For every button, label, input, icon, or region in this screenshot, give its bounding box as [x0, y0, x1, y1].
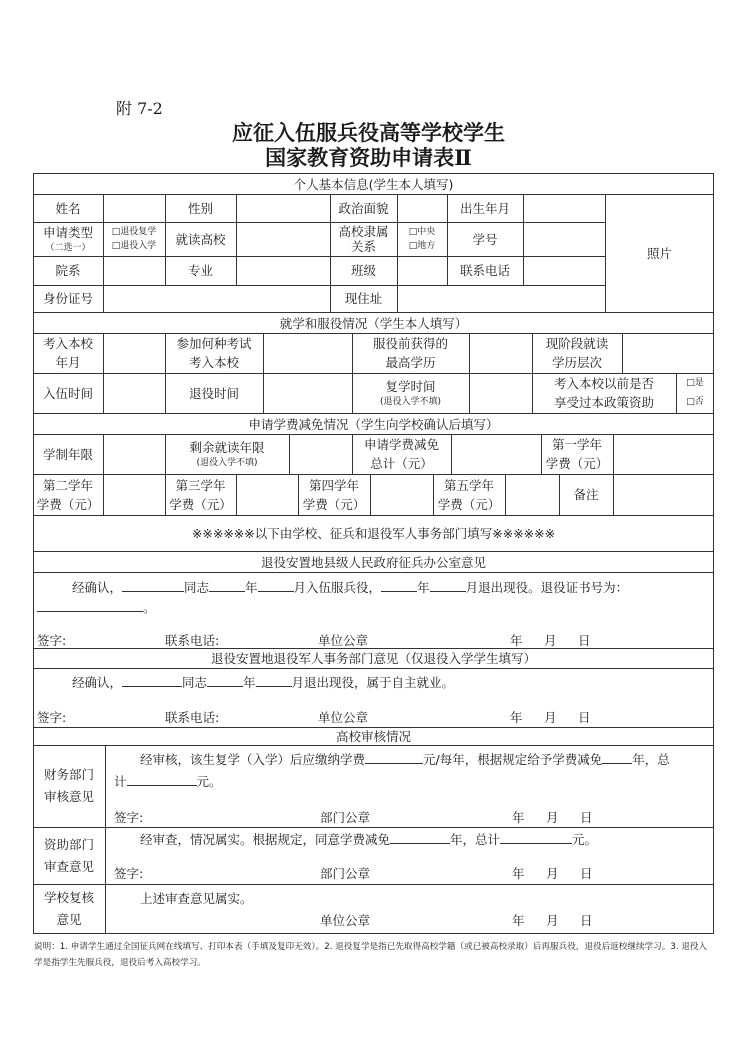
input-student-id[interactable] — [523, 222, 605, 256]
input-political-status[interactable] — [397, 194, 447, 222]
school-day: 日 — [580, 911, 593, 929]
label-class: 班级 — [330, 256, 397, 285]
finance-year: 年 — [512, 808, 525, 826]
label-line: 学费（元） — [37, 495, 100, 514]
recruit-phone: 联系电话: — [165, 631, 219, 649]
label-discharge-date: 退役时间 — [165, 373, 263, 413]
label-line: 第五学年 — [444, 476, 494, 495]
input-school[interactable] — [236, 222, 330, 256]
label-resume-date: 复学时间 (退役入学不填) — [352, 373, 469, 413]
attachment-ref: 附 7-2 — [116, 96, 163, 119]
blank-waiver-years[interactable] — [602, 751, 632, 764]
input-department[interactable] — [103, 256, 165, 285]
label-address: 现住址 — [330, 285, 397, 312]
text: 经审查，情况属实。根据规定，同意学费减免 — [140, 832, 390, 847]
label-major: 专业 — [165, 256, 236, 285]
aid-month: 月 — [546, 864, 559, 882]
label-app-type-text: 申请类型 — [43, 223, 93, 242]
school-month: 月 — [546, 911, 559, 929]
label-line: 意见 — [56, 909, 81, 931]
label-line: 审查意见 — [44, 856, 94, 878]
label-app-type: 申请类型 （二选一） — [33, 222, 103, 256]
text: 经确认， — [72, 580, 122, 595]
label-finance-dept: 财务部门 审核意见 — [33, 745, 105, 827]
text: 。 — [143, 600, 156, 615]
label-line: 学校复核 — [44, 887, 94, 909]
input-year2-fee[interactable] — [103, 474, 165, 515]
label-phone: 联系电话 — [447, 256, 523, 285]
label-line: 考入本校 — [43, 334, 93, 353]
aid-sign: 签字: — [114, 864, 143, 882]
recruit-day: 日 — [578, 631, 591, 649]
input-year4-fee[interactable] — [370, 474, 433, 515]
label-year1-fee: 第一学年 学费（元） — [541, 434, 613, 474]
input-year5-fee[interactable] — [505, 474, 559, 515]
text: 同志 — [184, 580, 209, 595]
label-line: 第一学年 — [552, 435, 602, 454]
input-resume-date[interactable] — [469, 373, 532, 413]
input-duration[interactable] — [103, 434, 165, 474]
label-app-type-note: （二选一） — [45, 242, 90, 255]
text: 月退出现役，属于自主就业。 — [292, 675, 455, 690]
label-line: 服役前获得的 — [373, 334, 448, 353]
finance-sign: 签字: — [114, 808, 143, 826]
label-year3-fee: 第三学年 学费（元） — [165, 474, 236, 515]
form-title-line2: 国家教育资助申请表Ⅱ — [0, 146, 737, 170]
input-remarks[interactable] — [613, 474, 714, 515]
label-year4-fee: 第四学年 学费（元） — [298, 474, 370, 515]
prior-aid-options: □是 □否 — [676, 373, 714, 413]
label-line: 现阶段就读 — [546, 334, 609, 353]
input-gender[interactable] — [236, 194, 330, 222]
section-header-personal: 个人基本信息(学生本人填写) — [33, 174, 714, 194]
label-duration: 学制年限 — [33, 434, 103, 474]
label-exam-type: 参加何种考试 考入本校 — [165, 333, 263, 373]
input-birth[interactable] — [523, 194, 605, 222]
text: 年，总计 — [450, 832, 500, 847]
label-line: 学费（元） — [303, 495, 366, 514]
finance-day: 日 — [580, 808, 593, 826]
label-year2-fee: 第二学年 学费（元） — [33, 474, 103, 515]
blank-month[interactable] — [256, 674, 292, 687]
label-enroll-date: 考入本校 年月 — [33, 333, 103, 373]
input-major[interactable] — [236, 256, 330, 285]
input-exam-type[interactable] — [263, 333, 352, 373]
app-type-options: □退役复学 □退役入学 — [103, 222, 165, 256]
hline — [33, 572, 714, 573]
input-prior-education[interactable] — [469, 333, 532, 373]
footnote: 说明：1. 申请学生通过全国征兵网在线填写、打印本表（手填及复印无效）。2. 退… — [34, 939, 714, 971]
affiliation-options: □中央 □地方 — [397, 222, 447, 256]
text: 月退出现役。退役证书号为： — [466, 580, 629, 595]
label-line: 考入本校以前是否 — [554, 374, 654, 393]
finance-body-line2: 计元。 — [114, 772, 222, 790]
recruit-sign: 签字: — [37, 631, 66, 649]
input-enlist-date[interactable] — [103, 373, 165, 413]
text: 年 — [243, 675, 256, 690]
section-header-recruit-office: 退役安置地县级人民政府征兵办公室意见 — [33, 552, 714, 572]
hline — [33, 745, 714, 746]
text: 元。 — [197, 774, 222, 789]
input-name[interactable] — [103, 194, 165, 222]
input-current-level[interactable] — [622, 333, 714, 373]
recruit-year: 年 — [510, 631, 523, 649]
aid-seal: 部门公章 — [320, 864, 370, 882]
text: 年 — [245, 580, 258, 595]
label-remaining: 剩余就读年限 (退役入学不填) — [165, 434, 289, 474]
school-review-body: 上述审查意见属实。 — [140, 889, 253, 907]
blank-total[interactable] — [127, 773, 197, 786]
label-line: 第三学年 — [175, 476, 225, 495]
aid-body: 经审查，情况属实。根据规定，同意学费减免年，总计元。 — [140, 830, 597, 848]
input-enroll-date[interactable] — [103, 333, 165, 373]
veteran-phone: 联系电话: — [165, 708, 219, 726]
label-total-waiver: 申请学费减免 总计（元） — [352, 434, 451, 474]
text: 年，总 — [632, 752, 670, 767]
recruit-body-line2: 。 — [37, 598, 156, 616]
hline — [33, 827, 714, 828]
hline — [33, 668, 714, 669]
label-line: 财务部门 — [44, 764, 94, 786]
checkbox-no[interactable]: □否 — [686, 393, 704, 412]
blank-month[interactable] — [258, 579, 294, 592]
label-prior-aid: 考入本校以前是否 享受过本政策资助 — [532, 373, 676, 413]
section-header-fee: 申请学费减免情况（学生向学校确认后填写） — [33, 414, 714, 434]
recruit-month: 月 — [544, 631, 557, 649]
school-seal: 单位公章 — [320, 911, 370, 929]
veteran-month: 月 — [544, 708, 557, 726]
blank-year[interactable] — [209, 579, 245, 592]
text: 计 — [114, 774, 127, 789]
text: 经确认， — [72, 675, 122, 690]
label-line: 复学时间 — [385, 377, 435, 396]
blank-month[interactable] — [430, 579, 466, 592]
checkbox-local[interactable]: □地方 — [409, 239, 436, 253]
label-line: 考入本校 — [189, 353, 239, 372]
aid-year: 年 — [512, 864, 525, 882]
blank-certificate-no[interactable] — [37, 599, 143, 612]
authority-divider: ※※※※※※以下由学校、征兵和退役军人事务部门填写※※※※※※ — [33, 515, 714, 551]
input-class[interactable] — [397, 256, 447, 285]
veteran-body: 经确认，同志年月退出现役，属于自主就业。 — [72, 673, 454, 691]
input-year1-fee[interactable] — [613, 434, 714, 474]
label-school: 就读高校 — [165, 222, 236, 256]
label-line: 第二学年 — [43, 476, 93, 495]
text: 月入伍服兵役， — [294, 580, 382, 595]
label-aid-dept: 资助部门 审查意见 — [33, 827, 105, 884]
blank-waiver-years[interactable] — [390, 831, 450, 844]
text: 同志 — [182, 675, 207, 690]
label-line: 参加何种考试 — [176, 334, 251, 353]
input-id-number[interactable] — [103, 285, 330, 312]
label-department: 院系 — [33, 256, 103, 285]
label-line: 剩余就读年限 — [189, 438, 264, 457]
label-line: 总计（元） — [370, 454, 433, 473]
section-header-service: 就学和服役情况（学生本人填写） — [33, 313, 714, 333]
finance-seal: 部门公章 — [320, 808, 370, 826]
label-note: (退役入学不填) — [196, 457, 257, 470]
veteran-seal: 单位公章 — [318, 708, 368, 726]
blank-year[interactable] — [207, 674, 243, 687]
blank-fee-per-year[interactable] — [365, 751, 423, 764]
label-enlist-date: 入伍时间 — [33, 373, 103, 413]
input-address[interactable] — [397, 285, 605, 312]
text: 元。 — [572, 832, 597, 847]
label-line: 最高学历 — [385, 353, 435, 372]
label-line: 第四学年 — [309, 476, 359, 495]
label-gender: 性别 — [165, 194, 236, 222]
checkbox-resume-study[interactable]: □退役复学 — [112, 225, 157, 239]
label-line: 学历层次 — [552, 353, 602, 372]
checkbox-new-enrollment[interactable]: □退役入学 — [112, 239, 157, 253]
recruit-seal: 单位公章 — [318, 631, 368, 649]
blank-name[interactable] — [122, 579, 184, 592]
label-prior-education: 服役前获得的 最高学历 — [352, 333, 469, 373]
label-political-status: 政治面貌 — [330, 194, 397, 222]
form-title-line1: 应征入伍服兵役高等学校学生 — [0, 121, 737, 145]
input-phone[interactable] — [523, 256, 605, 285]
label-line: 享受过本政策资助 — [554, 393, 654, 412]
input-year3-fee[interactable] — [236, 474, 298, 515]
blank-name[interactable] — [122, 674, 182, 687]
label-name: 姓名 — [33, 194, 103, 222]
label-line: 资助部门 — [44, 834, 94, 856]
label-remarks: 备注 — [559, 474, 613, 515]
text: 元/每年，根据规定给予学费减免 — [423, 752, 602, 767]
veteran-sign: 签字: — [37, 708, 66, 726]
label-birth: 出生年月 — [447, 194, 523, 222]
blank-total[interactable] — [500, 831, 572, 844]
finance-month: 月 — [546, 808, 559, 826]
label-line: 审核意见 — [44, 786, 94, 808]
checkbox-central[interactable]: □中央 — [409, 225, 436, 239]
blank-year[interactable] — [381, 579, 417, 592]
label-id-number: 身份证号 — [33, 285, 103, 312]
input-total-waiver[interactable] — [451, 434, 541, 474]
label-affiliation: 高校隶属关系 — [330, 222, 397, 256]
school-year: 年 — [512, 911, 525, 929]
label-line: 学费（元） — [546, 454, 609, 473]
recruit-body: 经确认，同志年月入伍服兵役，年月退出现役。退役证书号为： — [72, 578, 628, 596]
section-header-veteran-affairs: 退役安置地退役军人事务部门意见（仅退役入学学生填写） — [33, 648, 714, 668]
label-current-level: 现阶段就读 学历层次 — [532, 333, 622, 373]
text: 经审核，该生复学（入学）后应缴纳学费 — [140, 752, 365, 767]
text: 年 — [417, 580, 430, 595]
input-remaining[interactable] — [289, 434, 352, 474]
label-line: 年月 — [55, 353, 80, 372]
label-line: 学费（元） — [438, 495, 501, 514]
input-discharge-date[interactable] — [263, 373, 352, 413]
checkbox-yes[interactable]: □是 — [686, 374, 704, 393]
hline — [33, 884, 714, 885]
label-note: (退役入学不填) — [380, 396, 441, 409]
label-school-review: 学校复核 意见 — [33, 884, 105, 934]
label-year5-fee: 第五学年 学费（元） — [433, 474, 505, 515]
photo-box: 照片 — [605, 194, 714, 312]
label-line: 学费（元） — [169, 495, 232, 514]
veteran-day: 日 — [578, 708, 591, 726]
veteran-year: 年 — [510, 708, 523, 726]
label-line: 申请学费减免 — [364, 435, 439, 454]
aid-day: 日 — [580, 864, 593, 882]
label-student-id: 学号 — [447, 222, 523, 256]
finance-body: 经审核，该生复学（入学）后应缴纳学费元/每年，根据规定给予学费减免年，总 — [140, 750, 670, 768]
section-header-university-review: 高校审核情况 — [33, 727, 714, 745]
